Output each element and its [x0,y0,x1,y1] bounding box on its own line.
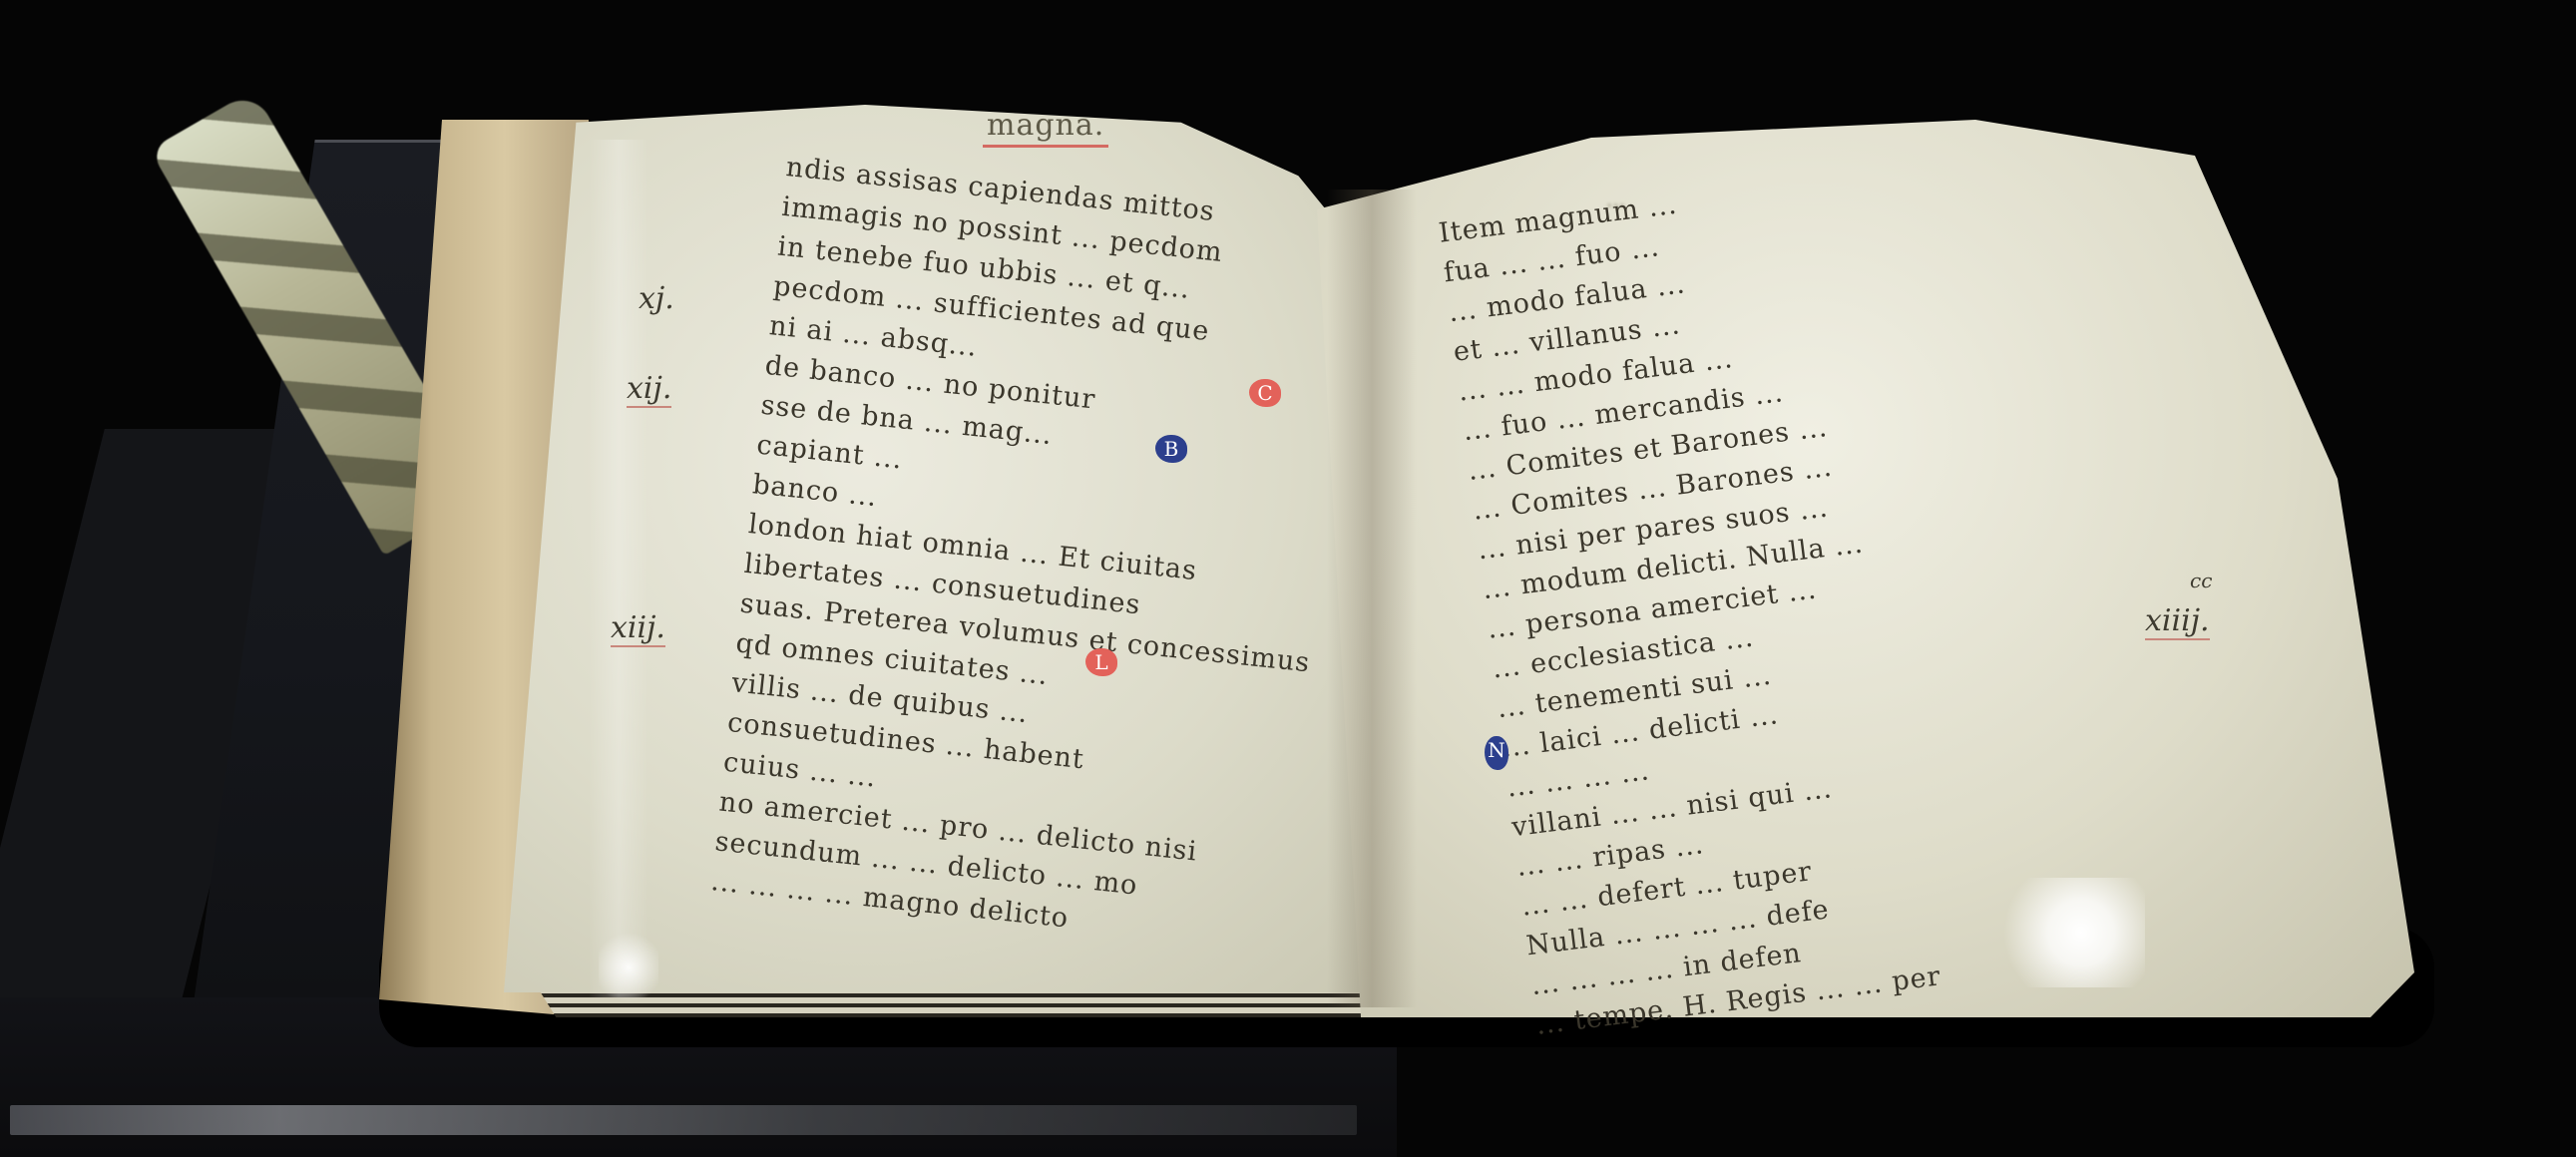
left-running-head: magna. [983,108,1108,148]
light-glare-right [1985,878,2145,987]
photo-scene: magna. xj. xij. xiij. ndis assisas capie… [0,0,2576,1157]
glass-reflection [589,140,648,997]
blue-initial: N [1485,736,1508,770]
margin-numeral: xij. [627,371,671,408]
margin-numeral: xj. [639,281,674,316]
left-page-text: ndis assisas capiendas mittos immagis no… [709,148,1359,962]
red-initial: L [1085,648,1117,676]
blue-initial: B [1155,435,1187,463]
red-initial: C [1249,379,1281,407]
light-glare-left [599,928,658,1007]
margin-mark: cc [2190,569,2212,592]
display-stand-edge [10,1105,1357,1135]
margin-numeral: xiij. [611,610,665,647]
margin-numeral: xiiij. [2145,603,2210,640]
